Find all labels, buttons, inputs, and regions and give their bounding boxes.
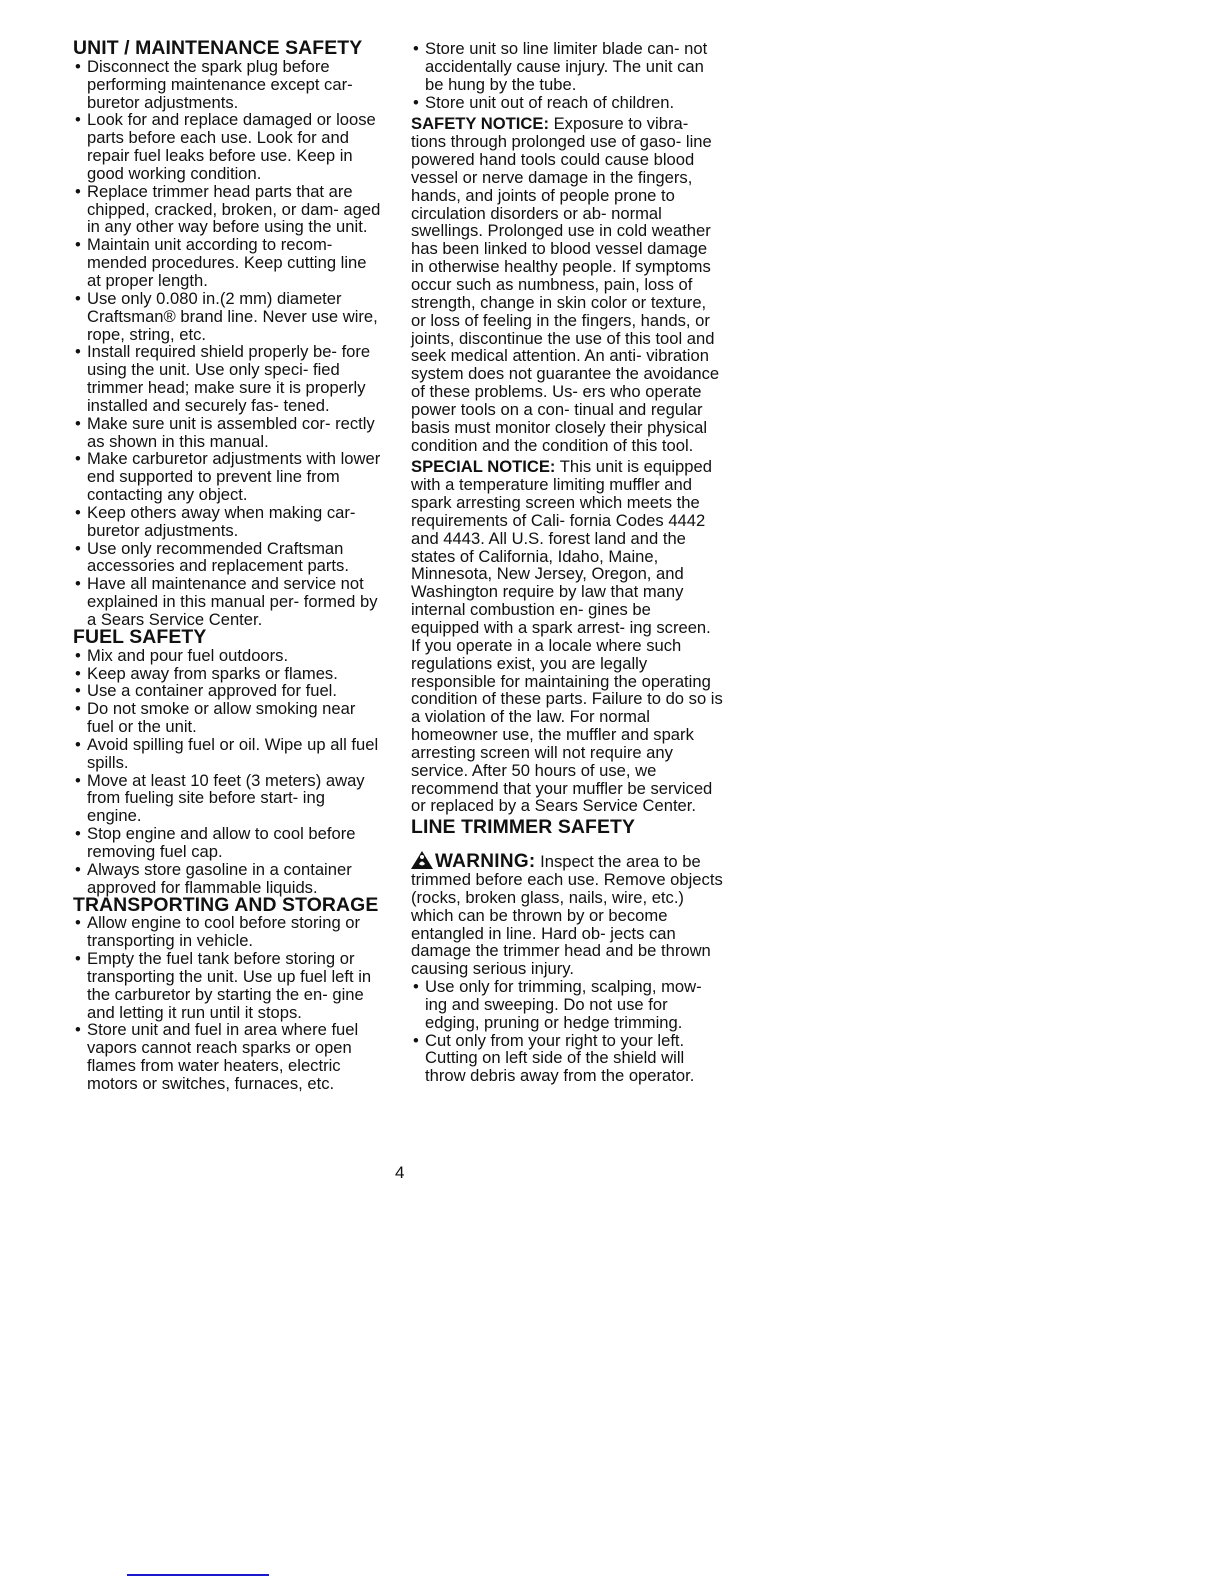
storage-continued-list: Store unit so line limiter blade can- no… [411,40,723,111]
page-number: 4 [395,1163,404,1183]
list-item: Replace trimmer head parts that are chip… [73,183,383,237]
special-notice-label: SPECIAL NOTICE: [411,457,555,476]
section-heading-line-trimmer: LINE TRIMMER SAFETY [411,819,723,837]
warning-triangle-icon [411,851,433,869]
list-item: Keep others away when making car- bureto… [73,504,383,540]
safety-notice: SAFETY NOTICE: Exposure to vibra- tions … [411,115,723,454]
transport-storage-list: Allow engine to cool before storing or t… [73,914,383,1092]
list-item: Allow engine to cool before storing or t… [73,914,383,950]
list-item: Disconnect the spark plug before perform… [73,58,383,112]
list-item: Cut only from your right to your left. C… [411,1032,723,1086]
unit-maintenance-list: Disconnect the spark plug before perform… [73,58,383,629]
safety-notice-text: Exposure to vibra- tions through prolong… [411,114,719,454]
line-trimmer-list: Use only for trimming, scalping, mow- in… [411,978,723,1085]
section-heading-fuel-safety: FUEL SAFETY [73,629,383,647]
section-heading-transport-storage: TRANSPORTING AND STORAGE [73,897,383,915]
section-heading-unit-maintenance: UNIT / MAINTENANCE SAFETY [73,40,383,58]
safety-notice-label: SAFETY NOTICE: [411,114,549,133]
list-item: Have all maintenance and service not exp… [73,575,383,629]
list-item: Do not smoke or allow smoking near fuel … [73,700,383,736]
list-item: Use a container approved for fuel. [73,682,383,700]
spacer [411,837,723,851]
warning-block: WARNING: Inspect the area to be trimmed … [411,851,723,978]
special-notice: SPECIAL NOTICE: This unit is equipped wi… [411,458,723,815]
warning-label: WARNING: [435,851,536,872]
list-item: Make sure unit is assembled cor- rectly … [73,415,383,451]
list-item: Mix and pour fuel outdoors. [73,647,383,665]
list-item: Stop engine and allow to cool before rem… [73,825,383,861]
fuel-safety-list: Mix and pour fuel outdoors. Keep away fr… [73,647,383,897]
list-item: Move at least 10 feet (3 meters) away fr… [73,772,383,826]
special-notice-text: This unit is equipped with a temperature… [411,457,723,815]
list-item: Use only 0.080 in.(2 mm) diameter Crafts… [73,290,383,344]
list-item: Store unit and fuel in area where fuel v… [73,1021,383,1092]
list-item: Always store gasoline in a container app… [73,861,383,897]
footer-rule [127,1574,269,1576]
left-column: UNIT / MAINTENANCE SAFETY Disconnect the… [73,40,383,1093]
right-column: Store unit so line limiter blade can- no… [411,40,723,1085]
list-item: Maintain unit according to recom- mended… [73,236,383,290]
list-item: Install required shield properly be- for… [73,343,383,414]
list-item: Store unit out of reach of children. [411,94,723,112]
list-item: Keep away from sparks or flames. [73,665,383,683]
list-item: Look for and replace damaged or loose pa… [73,111,383,182]
list-item: Empty the fuel tank before storing or tr… [73,950,383,1021]
warning-text: Inspect the area to be trimmed before ea… [411,852,723,978]
list-item: Avoid spilling fuel or oil. Wipe up all … [73,736,383,772]
list-item: Use only for trimming, scalping, mow- in… [411,978,723,1032]
list-item: Use only recommended Craftsman accessori… [73,540,383,576]
list-item: Store unit so line limiter blade can- no… [411,40,723,94]
list-item: Make carburetor adjustments with lower e… [73,450,383,504]
